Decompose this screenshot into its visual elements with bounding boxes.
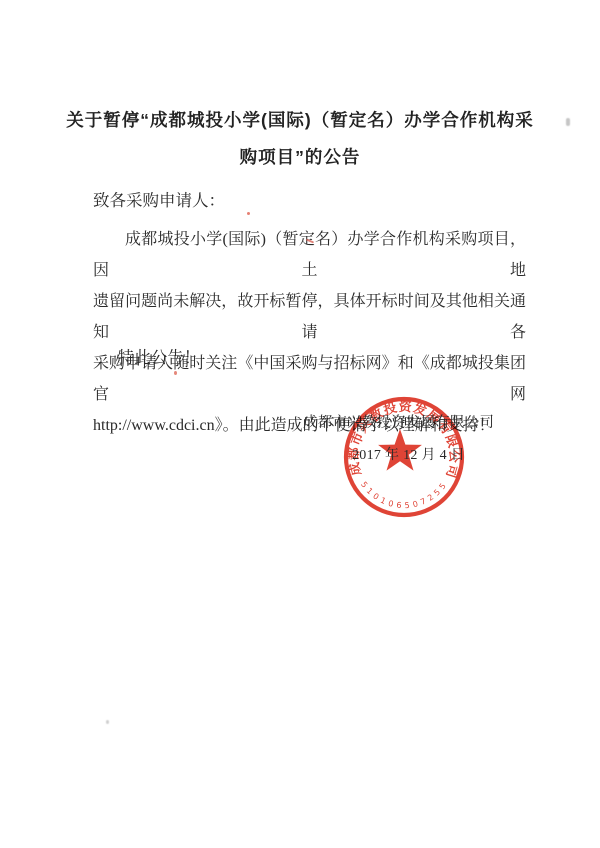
salutation: 致各采购申请人： — [93, 190, 225, 212]
signature-date: 2017 年 12 月 4 日 — [352, 444, 465, 464]
body-line-2: 遗留问题尚未解决，故开标暂停，具体开标时间及其他相关通知请各 — [93, 286, 526, 348]
closing-statement: 特此公告！ — [93, 347, 200, 369]
title-line-1: 关于暂停“成都城投小学(国际)（暂定名）办学合作机构采 — [7, 102, 593, 139]
scanned-announcement-page: 关于暂停“成都城投小学(国际)（暂定名）办学合作机构采 购项目”的公告 致各采购… — [0, 0, 600, 848]
scan-artifact-gray-speck-bottom — [106, 720, 109, 724]
scan-artifact-red-dot-upper — [247, 212, 250, 215]
scan-artifact-red-dot-lower — [174, 371, 177, 375]
body-line-1: 成都城投小学(国际)（暂定名）办学合作机构采购项目，因土地 — [93, 224, 526, 286]
signature-company-name: 成都市兴教投资发展有限公司 — [303, 411, 494, 432]
page-title: 关于暂停“成都城投小学(国际)（暂定名）办学合作机构采 购项目”的公告 — [7, 102, 593, 176]
title-line-2: 购项目”的公告 — [7, 139, 593, 176]
scan-artifact-gray-speck-right — [566, 118, 570, 126]
